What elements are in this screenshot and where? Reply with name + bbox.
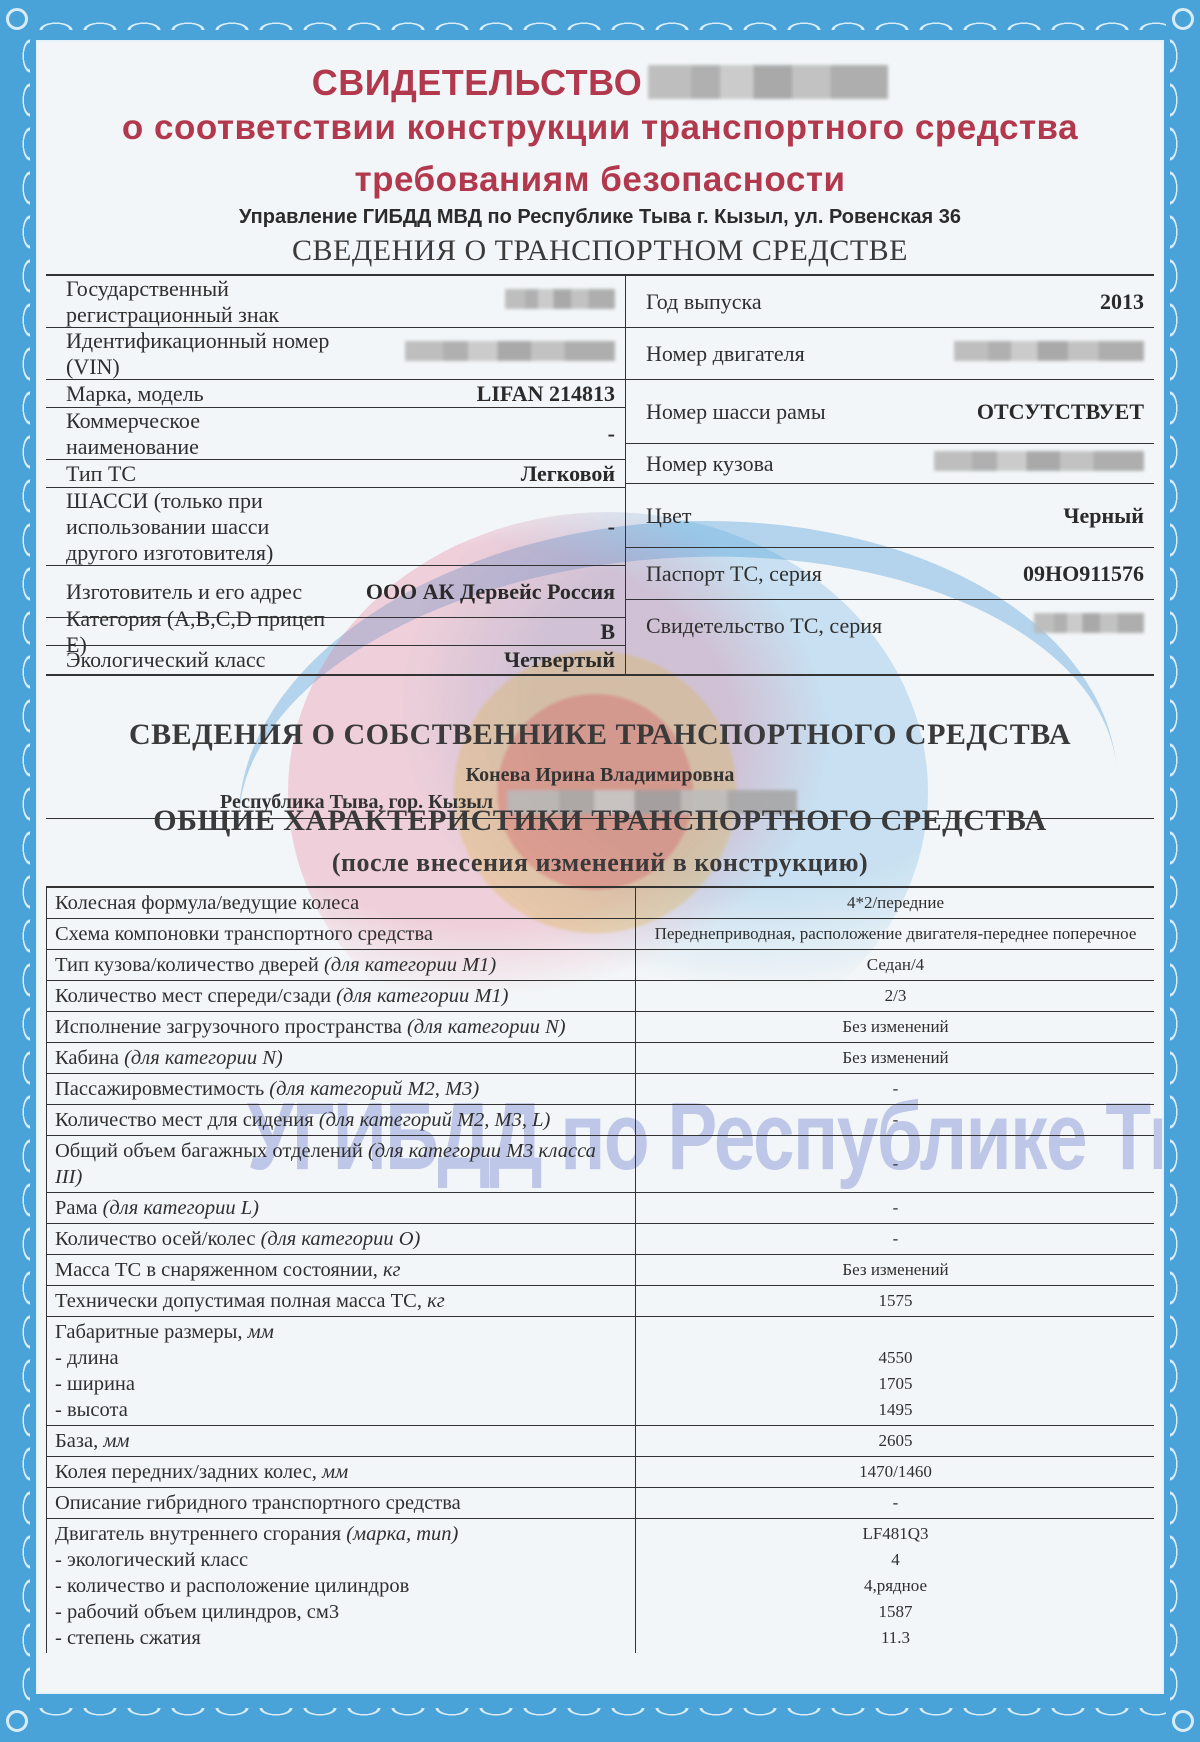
vehicle-field-label: Цвет [646, 503, 692, 529]
characteristic-sub-label: - экологический класс [55, 1547, 627, 1573]
characteristic-value: - [636, 1074, 1155, 1104]
vehicle-field-value: ОТСУТСТВУЕТ [977, 399, 1144, 425]
characteristic-row: Пассажировместимость (для категорий M2, … [47, 1074, 1154, 1105]
redacted-value [405, 341, 615, 367]
characteristic-value: - [636, 1193, 1155, 1223]
vehicle-field-label: Изготовитель и его адрес [66, 579, 302, 605]
characteristic-value: Без изменений [636, 1255, 1155, 1285]
characteristic-label-text: Колесная формула/ведущие колеса [55, 892, 359, 914]
redacted-block [505, 289, 615, 309]
characteristic-label: Количество мест для сидения (для категор… [47, 1105, 636, 1135]
characteristic-label-text: Схема компоновки транспортного средства [55, 923, 433, 945]
vehicle-field-row: Номер двигателя [626, 328, 1154, 380]
vehicle-field-value: Четвертый [504, 647, 615, 673]
characteristic-label: Габаритные размеры, мм- длина- ширина- в… [47, 1317, 636, 1425]
redacted-certificate-number [648, 65, 888, 99]
corner-ring-icon [6, 8, 28, 30]
characteristic-row: Технически допустимая полная масса ТС, к… [47, 1286, 1154, 1317]
characteristic-row: Рама (для категории L)- [47, 1193, 1154, 1224]
vehicle-field-value: LIFAN 214813 [477, 381, 615, 407]
characteristic-value-text: - [644, 1151, 1147, 1177]
characteristics-section-subtitle: (после внесения изменений в конструкцию) [38, 848, 1162, 878]
vehicle-field-label: ШАССИ (только при использовании шасси др… [66, 488, 336, 566]
ornament-border-left [4, 34, 30, 1708]
vehicle-field-row: Марка, модельLIFAN 214813 [46, 380, 625, 408]
characteristic-value-text: Седан/4 [644, 952, 1147, 978]
characteristic-row: Габаритные размеры, мм- длина- ширина- в… [47, 1317, 1154, 1426]
corner-ring-icon [1172, 1710, 1194, 1732]
characteristic-label-text: Технически допустимая полная масса ТС, [55, 1290, 422, 1312]
characteristic-value-text: Без изменений [644, 1014, 1147, 1040]
vehicle-field-label: Тип ТС [66, 461, 136, 487]
characteristic-label-text: Исполнение загрузочного пространства [55, 1016, 402, 1038]
characteristic-row: Описание гибридного транспортного средст… [47, 1488, 1154, 1519]
characteristic-note: кг [383, 1259, 401, 1281]
certificate-title: СВИДЕТЕЛЬСТВО [38, 62, 1162, 104]
characteristic-value: Без изменений [636, 1043, 1155, 1073]
characteristic-label: База, мм [47, 1426, 636, 1456]
characteristic-row: Тип кузова/количество дверей (для катего… [47, 950, 1154, 981]
certificate-subtitle-2: требованиям безопасности [38, 160, 1162, 200]
characteristic-value-text: - [644, 1490, 1147, 1516]
characteristic-note: (для категории N) [407, 1016, 566, 1038]
characteristic-value-text: 1470/1460 [644, 1459, 1147, 1485]
characteristic-label: Масса ТС в снаряженном состоянии, кг [47, 1255, 636, 1285]
characteristic-note: (для категории M1) [324, 954, 496, 976]
characteristic-note: (для категории L) [103, 1197, 259, 1219]
characteristic-row: Количество осей/колес (для категории O)- [47, 1224, 1154, 1255]
characteristic-label: Кабина (для категории N) [47, 1043, 636, 1073]
vehicle-field-label: Номер шасси рамы [646, 399, 826, 425]
characteristic-label-text: Количество осей/колес [55, 1228, 255, 1250]
characteristic-value: 1470/1460 [636, 1457, 1155, 1487]
owner-section-title: СВЕДЕНИЯ О СОБСТВЕННИКЕ ТРАНСПОРТНОГО СР… [38, 718, 1162, 752]
vehicle-field-label: Экологический класс [66, 647, 265, 673]
vehicle-field-row: Номер кузова [626, 444, 1154, 484]
characteristic-value-text: - [644, 1226, 1147, 1252]
characteristic-row: Количество мест спереди/сзади (для катег… [47, 981, 1154, 1012]
characteristic-value: 455017051495 [636, 1317, 1155, 1425]
characteristic-label-text: Тип кузова/количество дверей [55, 954, 319, 976]
characteristic-label: Рама (для категории L) [47, 1193, 636, 1223]
characteristic-label: Пассажировместимость (для категорий M2, … [47, 1074, 636, 1104]
characteristic-label: Исполнение загрузочного пространства (дл… [47, 1012, 636, 1042]
characteristic-value: 2605 [636, 1426, 1155, 1456]
redacted-value [1034, 613, 1144, 639]
characteristic-label: Колесная формула/ведущие колеса [47, 888, 636, 918]
characteristic-label-text: Количество мест для сидения [55, 1109, 314, 1131]
characteristic-value: - [636, 1224, 1155, 1254]
characteristic-sub-label: - рабочий объем цилиндров, см3 [55, 1599, 627, 1625]
vehicle-field-value: Черный [1063, 503, 1144, 529]
vehicle-field-row: Категория (A,B,C,D прицеп E)B [46, 618, 625, 646]
characteristic-label-text: Колея передних/задних колес, [55, 1461, 317, 1483]
characteristic-value: 1575 [636, 1286, 1155, 1316]
vehicle-field-row: Номер шасси рамыОТСУТСТВУЕТ [626, 380, 1154, 444]
characteristic-label-text: Пассажировместимость [55, 1078, 264, 1100]
characteristic-value-text: 4 [644, 1547, 1147, 1573]
ornament-border-right [1170, 34, 1196, 1708]
characteristic-note: мм [322, 1461, 348, 1483]
characteristic-label: Тип кузова/количество дверей (для катего… [47, 950, 636, 980]
vehicle-field-label: Коммерческое наименование [66, 408, 336, 460]
characteristic-row: Количество мест для сидения (для категор… [47, 1105, 1154, 1136]
characteristic-value-text: 1705 [644, 1371, 1147, 1397]
characteristic-sub-label: - степень сжатия [55, 1625, 627, 1651]
characteristic-row: Двигатель внутреннего сгорания (марка, т… [47, 1519, 1154, 1653]
redacted-value [954, 341, 1144, 367]
characteristic-label-text: Общий объем багажных отделений [55, 1140, 363, 1162]
document-frame: УГИБДД по Республике Тыва СВИДЕТЕЛЬСТВО … [0, 0, 1200, 1742]
redacted-block [405, 341, 615, 361]
characteristic-note: (для категории N) [124, 1047, 283, 1069]
characteristic-label: Количество мест спереди/сзади (для катег… [47, 981, 636, 1011]
vehicle-field-row: Свидетельство ТС, серия [626, 600, 1154, 652]
issuing-authority: Управление ГИБДД МВД по Республике Тыва … [38, 206, 1162, 229]
vehicle-field-row: Коммерческое наименование- [46, 408, 625, 460]
vehicle-field-row: ШАССИ (только при использовании шасси др… [46, 488, 625, 566]
characteristic-label-text: Кабина [55, 1047, 119, 1069]
vehicle-field-label: Свидетельство ТС, серия [646, 613, 882, 639]
characteristic-value: LF481Q344,рядное158711.3 [636, 1519, 1155, 1653]
vehicle-field-label: Год выпуска [646, 289, 762, 315]
certificate-subtitle-1: о соответствии конструкции транспортного… [38, 108, 1162, 148]
characteristic-label: Общий объем багажных отделений (для кате… [47, 1136, 636, 1192]
characteristic-value: Седан/4 [636, 950, 1155, 980]
ornament-border-bottom [34, 1708, 1166, 1734]
corner-ring-icon [1172, 8, 1194, 30]
characteristic-sub-label: - количество и расположение цилиндров [55, 1573, 627, 1599]
corner-ring-icon [6, 1710, 28, 1732]
characteristic-value-text: LF481Q3 [644, 1521, 1147, 1547]
vehicle-field-value: ООО АК Дервейс Россия [366, 579, 615, 605]
vehicle-field-label: Паспорт ТС, серия [646, 561, 822, 587]
vehicle-field-label: Государственный регистрационный знак [66, 276, 336, 328]
vehicle-field-value: 09НО911576 [1023, 561, 1144, 587]
vehicle-field-label: Идентификационный номер (VIN) [66, 328, 336, 380]
characteristic-label: Количество осей/колес (для категории O) [47, 1224, 636, 1254]
vehicle-section-title: СВЕДЕНИЯ О ТРАНСПОРТНОМ СРЕДСТВЕ [38, 234, 1162, 268]
vehicle-field-label: Номер двигателя [646, 341, 805, 367]
vehicle-field-label: Номер кузова [646, 451, 773, 477]
characteristic-label: Технически допустимая полная масса ТС, к… [47, 1286, 636, 1316]
vehicle-field-value: 2013 [1100, 289, 1144, 315]
vehicle-field-label: Марка, модель [66, 381, 204, 407]
ornament-border-top [34, 4, 1166, 30]
characteristic-label: Двигатель внутреннего сгорания (марка, т… [47, 1519, 636, 1653]
redacted-block [934, 451, 1144, 471]
characteristic-label: Схема компоновки транспортного средства [47, 919, 636, 949]
characteristic-sub-label: - длина [55, 1345, 627, 1371]
characteristic-value-text: - [644, 1195, 1147, 1221]
redacted-block [954, 341, 1144, 361]
characteristic-row: Исполнение загрузочного пространства (дл… [47, 1012, 1154, 1043]
vehicle-field-value: - [608, 421, 615, 447]
vehicle-field-row: Государственный регистрационный знак [46, 276, 625, 328]
vehicle-field-row: Паспорт ТС, серия09НО911576 [626, 548, 1154, 600]
characteristic-label-text: Количество мест спереди/сзади [55, 985, 331, 1007]
vehicle-field-row: Год выпуска2013 [626, 276, 1154, 328]
characteristic-row: Общий объем багажных отделений (для кате… [47, 1136, 1154, 1193]
characteristics-section-title: ОБЩИЕ ХАРАКТЕРИСТИКИ ТРАНСПОРТНОГО СРЕДС… [38, 804, 1162, 838]
characteristic-value-text: - [644, 1107, 1147, 1133]
characteristic-value-text: 4,рядное [644, 1573, 1147, 1599]
characteristic-row: Кабина (для категории N)Без изменений [47, 1043, 1154, 1074]
characteristic-sub-label: - высота [55, 1397, 627, 1423]
characteristic-value: Переднеприводная, расположение двигателя… [636, 919, 1155, 949]
characteristic-note: (для категорий M2, M3, L) [319, 1109, 551, 1131]
characteristic-value: Без изменений [636, 1012, 1155, 1042]
characteristic-row: База, мм2605 [47, 1426, 1154, 1457]
vehicle-field-row: ЦветЧерный [626, 484, 1154, 548]
characteristic-note: мм [103, 1430, 129, 1452]
vehicle-field-value: Легковой [521, 461, 615, 487]
vehicle-info-table: Государственный регистрационный знакИден… [46, 274, 1154, 676]
characteristic-note: мм [248, 1321, 274, 1343]
characteristic-value-text: Переднеприводная, расположение двигателя… [644, 921, 1147, 947]
vehicle-field-value: B [600, 619, 615, 645]
characteristic-label: Колея передних/задних колес, мм [47, 1457, 636, 1487]
characteristic-value-text: 1575 [644, 1288, 1147, 1314]
characteristic-row: Колесная формула/ведущие колеса4*2/перед… [47, 888, 1154, 919]
characteristic-label-text: Масса ТС в снаряженном состоянии, [55, 1259, 378, 1281]
characteristic-label-text: Двигатель внутреннего сгорания [55, 1523, 341, 1545]
redacted-value [505, 289, 615, 315]
characteristic-value-text: Без изменений [644, 1257, 1147, 1283]
characteristic-note: кг [427, 1290, 445, 1312]
characteristic-value-text: Без изменений [644, 1045, 1147, 1071]
characteristics-table: Колесная формула/ведущие колеса4*2/перед… [46, 886, 1154, 1653]
characteristic-row: Масса ТС в снаряженном состоянии, кгБез … [47, 1255, 1154, 1286]
vehicle-field-row: Идентификационный номер (VIN) [46, 328, 625, 380]
characteristic-value-text: 11.3 [644, 1625, 1147, 1651]
vehicle-field-value: - [608, 514, 615, 540]
characteristic-value: - [636, 1136, 1155, 1192]
characteristic-value: 2/3 [636, 981, 1155, 1011]
characteristic-value-text: 4550 [644, 1345, 1147, 1371]
vehicle-field-row: Тип ТСЛегковой [46, 460, 625, 488]
certificate-title-text: СВИДЕТЕЛЬСТВО [312, 62, 642, 103]
characteristic-note: (для категории O) [261, 1228, 421, 1250]
characteristic-value: 4*2/передние [636, 888, 1155, 918]
vehicle-info-right-column: Год выпуска2013Номер двигателяНомер шасс… [626, 276, 1154, 674]
characteristic-row: Схема компоновки транспортного средстваП… [47, 919, 1154, 950]
characteristic-note: (для категорий M2, M3) [269, 1078, 479, 1100]
redacted-value [934, 451, 1144, 477]
characteristic-label-text: Рама [55, 1197, 97, 1219]
characteristic-note: (марка, тип) [346, 1523, 458, 1545]
characteristic-value-text: 1587 [644, 1599, 1147, 1625]
characteristic-value: - [636, 1105, 1155, 1135]
characteristic-value-text: 2605 [644, 1428, 1147, 1454]
characteristic-value: - [636, 1488, 1155, 1518]
characteristic-value-text: 4*2/передние [644, 890, 1147, 916]
characteristic-value-text [644, 1319, 1147, 1345]
characteristic-label-text: База, [55, 1430, 98, 1452]
characteristic-value-text: 1495 [644, 1397, 1147, 1423]
redacted-block [1034, 613, 1144, 633]
vehicle-info-left-column: Государственный регистрационный знакИден… [46, 276, 626, 674]
certificate-sheet: УГИБДД по Республике Тыва СВИДЕТЕЛЬСТВО … [36, 40, 1164, 1694]
characteristic-label: Описание гибридного транспортного средст… [47, 1488, 636, 1518]
characteristic-label-text: Габаритные размеры, [55, 1321, 243, 1343]
characteristic-sub-label: - ширина [55, 1371, 627, 1397]
characteristic-label-text: Описание гибридного транспортного средст… [55, 1492, 461, 1514]
characteristic-value-text: 2/3 [644, 983, 1147, 1009]
characteristic-value-text: - [644, 1076, 1147, 1102]
owner-name: Конева Ирина Владимировна [38, 764, 1162, 787]
characteristic-row: Колея передних/задних колес, мм1470/1460 [47, 1457, 1154, 1488]
characteristic-note: (для категории M1) [336, 985, 508, 1007]
